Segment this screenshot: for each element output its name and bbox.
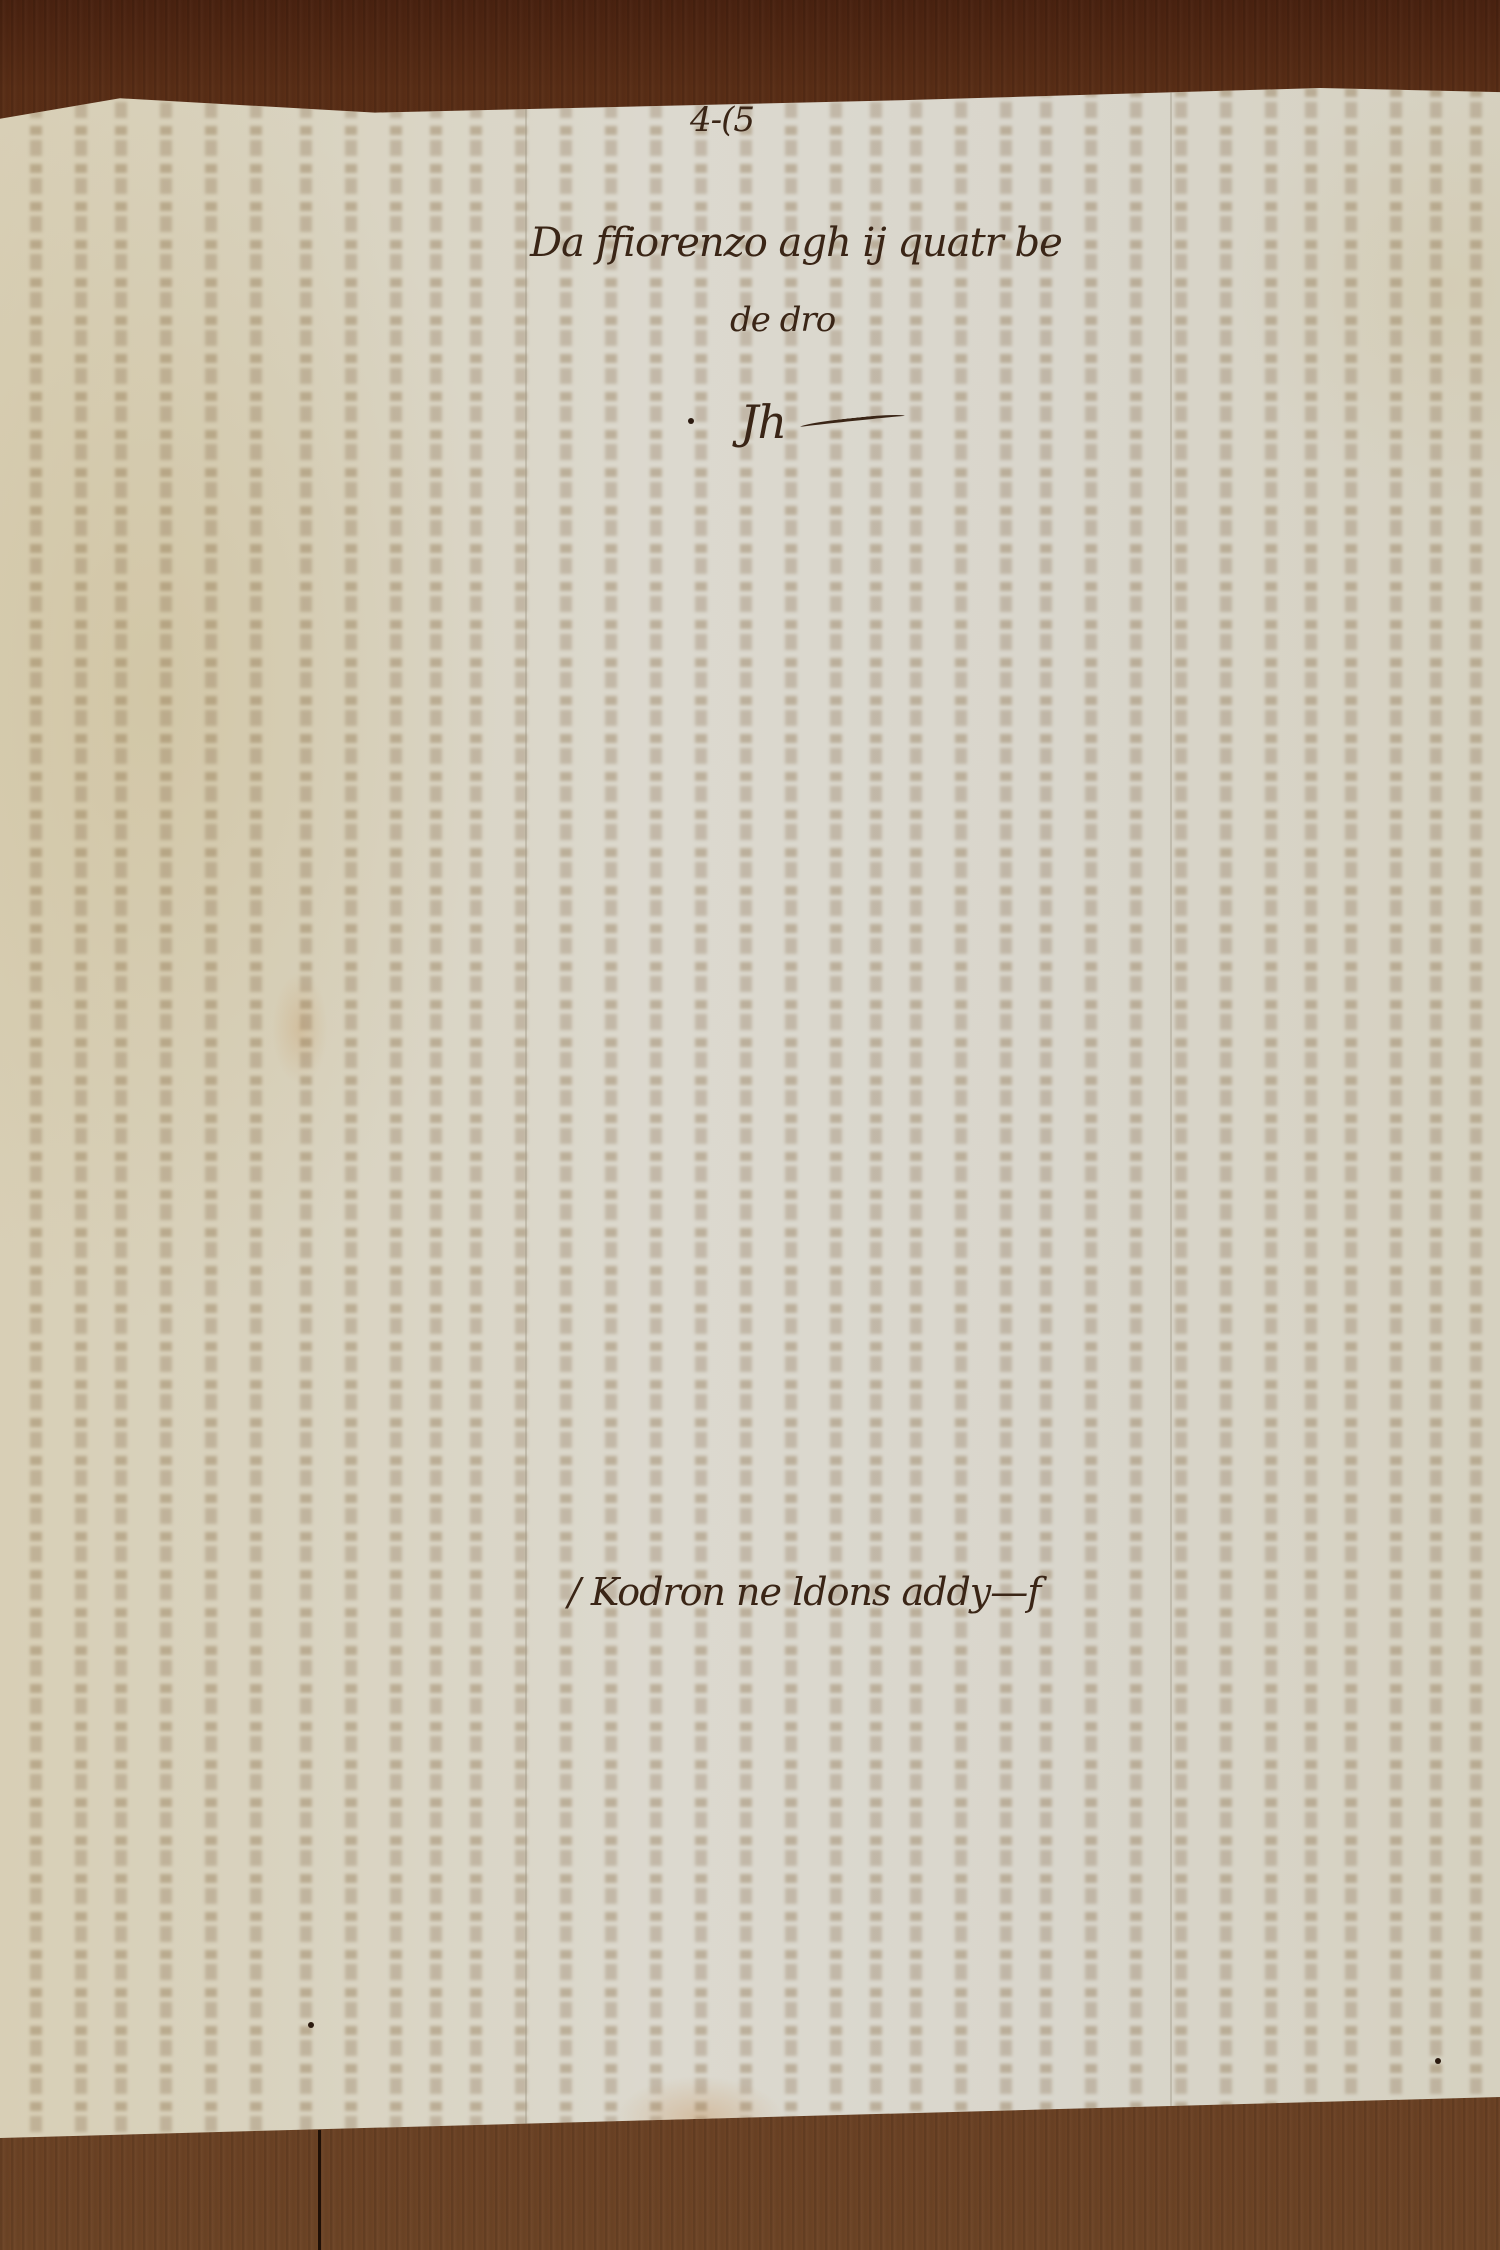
ink-dot	[308, 2022, 314, 2028]
folio-number: 4-(5	[690, 100, 754, 140]
docket-note: / Kodron ne ldons addy—f	[568, 1570, 1040, 1614]
vertical-fold	[1170, 88, 1172, 2138]
ink-dot	[688, 418, 694, 424]
notarial-mark: Jh	[740, 395, 786, 449]
address-line-2: de dro	[730, 300, 835, 340]
vertical-fold	[525, 88, 527, 2138]
table-seam	[318, 2130, 321, 2250]
ink-dot	[1435, 2058, 1441, 2064]
address-line-1: Da ffiorenzo agh ij quatr be	[530, 220, 1062, 266]
